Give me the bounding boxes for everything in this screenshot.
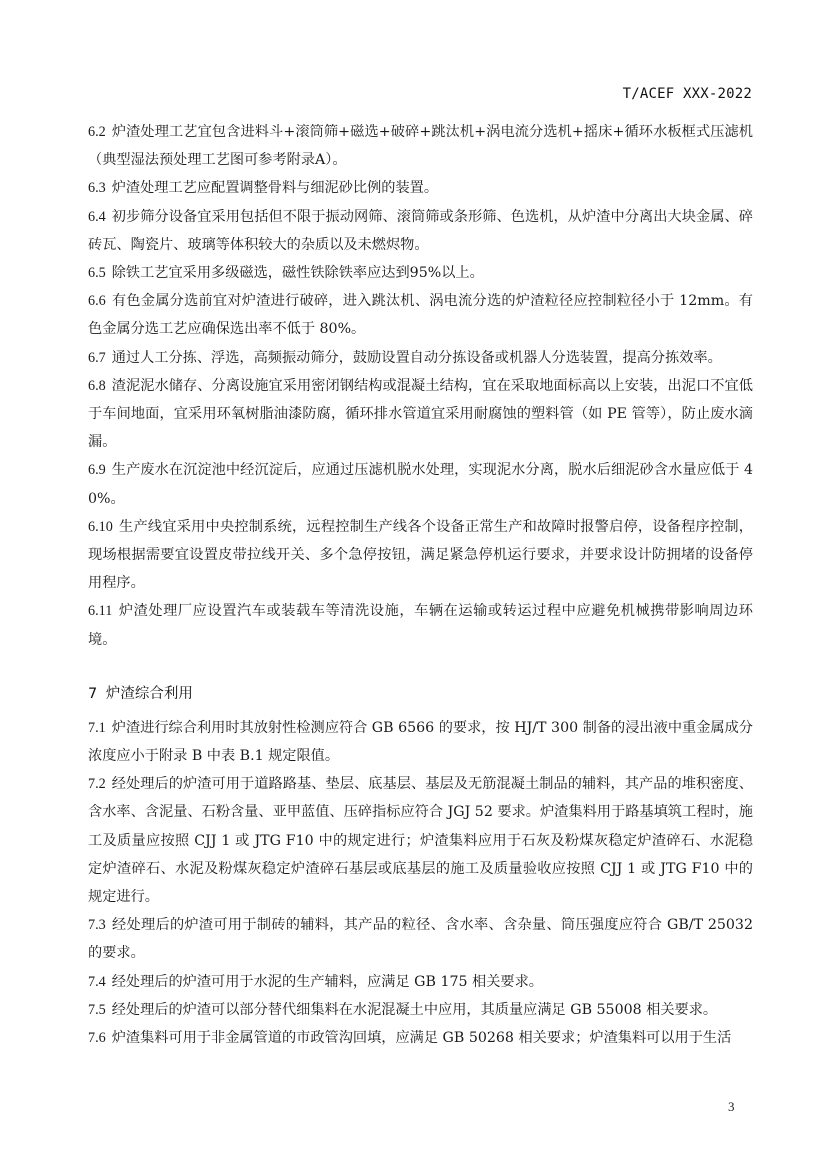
section-number: 7 — [88, 686, 97, 702]
clause-number: 6.9 — [88, 462, 106, 478]
page-number: 3 — [728, 1099, 735, 1115]
clause-text: 炉渣处理厂应设置汽车或装载车等清洗设施，车辆在运输或转运过程中应避免机械携带影响… — [88, 603, 753, 647]
clause-text: 经处理后的炉渣可以部分替代细集料在水泥混凝土中应用，其质量应满足 GB 5500… — [112, 1002, 717, 1018]
clause-number: 7.5 — [88, 1002, 106, 1018]
clause-number: 6.11 — [88, 603, 112, 619]
clause-6-7: 6.7通过人工分拣、浮选，高频振动筛分，鼓励设置自动分拣设备或机器人分选装置，提… — [88, 344, 753, 372]
clause-text: 经处理后的炉渣可用于制砖的辅料，其产品的粒径、含水率、含杂量、筒压强度应符合 G… — [88, 917, 753, 961]
clause-6-2: 6.2炉渣处理工艺宜包含进料斗+滚筒筛+磁选+破碎+跳汰机+涡电流分选机+摇床+… — [88, 118, 753, 174]
clause-number: 7.6 — [88, 1030, 106, 1046]
clause-number: 6.3 — [88, 180, 106, 196]
clause-7-4: 7.4经处理后的炉渣可用于水泥的生产辅料，应满足 GB 175 相关要求。 — [88, 968, 753, 996]
clause-7-5: 7.5经处理后的炉渣可以部分替代细集料在水泥混凝土中应用，其质量应满足 GB 5… — [88, 996, 753, 1024]
clause-text: 初步筛分设备宜采用包括但不限于振动网筛、滚筒筛或条形筛、色选机，从炉渣中分离出大… — [88, 209, 753, 253]
clause-6-10: 6.10生产线宜采用中央控制系统，远程控制生产线各个设备正常生产和故障时报警启停… — [88, 513, 753, 598]
clause-6-3: 6.3炉渣处理工艺应配置调整骨料与细泥砂比例的装置。 — [88, 174, 753, 202]
clause-text: 炉渣处理工艺应配置调整骨料与细泥砂比例的装置。 — [112, 180, 438, 196]
clause-number: 7.4 — [88, 974, 106, 990]
clause-text: 除铁工艺宜采用多级磁选，磁性铁除铁率应达到95%以上。 — [112, 265, 484, 281]
clause-text: 炉渣集料可用于非金属管道的市政管沟回填，应满足 GB 50268 相关要求；炉渣… — [112, 1030, 732, 1046]
clause-number: 6.10 — [88, 519, 113, 535]
clause-7-6: 7.6炉渣集料可用于非金属管道的市政管沟回填，应满足 GB 50268 相关要求… — [88, 1024, 753, 1052]
document-code-header: T/ACEF XXX-2022 — [623, 86, 752, 102]
clause-6-6: 6.6有色金属分选前宜对炉渣进行破碎，进入跳汰机、涡电流分选的炉渣粒径应控制粒径… — [88, 287, 753, 343]
clause-7-1: 7.1炉渣进行综合利用时其放射性检测应符合 GB 6566 的要求，按 HJ/T… — [88, 714, 753, 770]
document-body: 6.2炉渣处理工艺宜包含进料斗+滚筒筛+磁选+破碎+跳汰机+涡电流分选机+摇床+… — [88, 118, 753, 1052]
clause-6-5: 6.5除铁工艺宜采用多级磁选，磁性铁除铁率应达到95%以上。 — [88, 259, 753, 287]
clause-text: 通过人工分拣、浮选，高频振动筛分，鼓励设置自动分拣设备或机器人分选装置，提高分拣… — [112, 350, 722, 366]
clause-6-8: 6.8渣泥泥水储存、分离设施宜采用密闭钢结构或混凝土结构，宜在采取地面标高以上安… — [88, 372, 753, 457]
clause-text: 经处理后的炉渣可用于道路路基、垫层、底基层、基层及无筋混凝土制品的辅料，其产品的… — [88, 776, 753, 905]
clause-number: 6.2 — [88, 124, 106, 140]
clause-7-2: 7.2经处理后的炉渣可用于道路路基、垫层、底基层、基层及无筋混凝土制品的辅料，其… — [88, 770, 753, 911]
clause-number: 6.8 — [88, 378, 106, 394]
clause-number: 6.6 — [88, 293, 106, 309]
clause-text: 炉渣处理工艺宜包含进料斗+滚筒筛+磁选+破碎+跳汰机+涡电流分选机+摇床+循环水… — [88, 124, 753, 168]
clause-text: 炉渣进行综合利用时其放射性检测应符合 GB 6566 的要求，按 HJ/T 30… — [88, 720, 753, 764]
section-title-text: 炉渣综合利用 — [106, 686, 193, 702]
clause-text: 渣泥泥水储存、分离设施宜采用密闭钢结构或混凝土结构，宜在采取地面标高以上安装，出… — [88, 378, 753, 450]
clause-text: 有色金属分选前宜对炉渣进行破碎，进入跳汰机、涡电流分选的炉渣粒径应控制粒径小于 … — [88, 293, 753, 337]
clause-6-9: 6.9生产废水在沉淀池中经沉淀后，应通过压滤机脱水处理，实现泥水分离，脱水后细泥… — [88, 456, 753, 512]
clause-7-3: 7.3经处理后的炉渣可用于制砖的辅料，其产品的粒径、含水率、含杂量、筒压强度应符… — [88, 911, 753, 967]
clause-text: 生产废水在沉淀池中经沉淀后，应通过压滤机脱水处理，实现泥水分离，脱水后细泥砂含水… — [88, 462, 753, 506]
clause-number: 7.1 — [88, 720, 106, 736]
clause-number: 7.3 — [88, 917, 106, 933]
section-heading-7: 7 炉渣综合利用 — [88, 680, 753, 708]
clause-6-4: 6.4初步筛分设备宜采用包括但不限于振动网筛、滚筒筛或条形筛、色选机，从炉渣中分… — [88, 203, 753, 259]
clause-number: 7.2 — [88, 776, 106, 792]
clause-6-11: 6.11炉渣处理厂应设置汽车或装载车等清洗设施，车辆在运输或转运过程中应避免机械… — [88, 597, 753, 653]
clause-number: 6.5 — [88, 265, 106, 281]
clause-text: 经处理后的炉渣可用于水泥的生产辅料，应满足 GB 175 相关要求。 — [112, 974, 543, 990]
clause-text: 生产线宜采用中央控制系统，远程控制生产线各个设备正常生产和故障时报警启停，设备程… — [88, 519, 753, 591]
clause-number: 6.4 — [88, 209, 106, 225]
clause-number: 6.7 — [88, 350, 106, 366]
